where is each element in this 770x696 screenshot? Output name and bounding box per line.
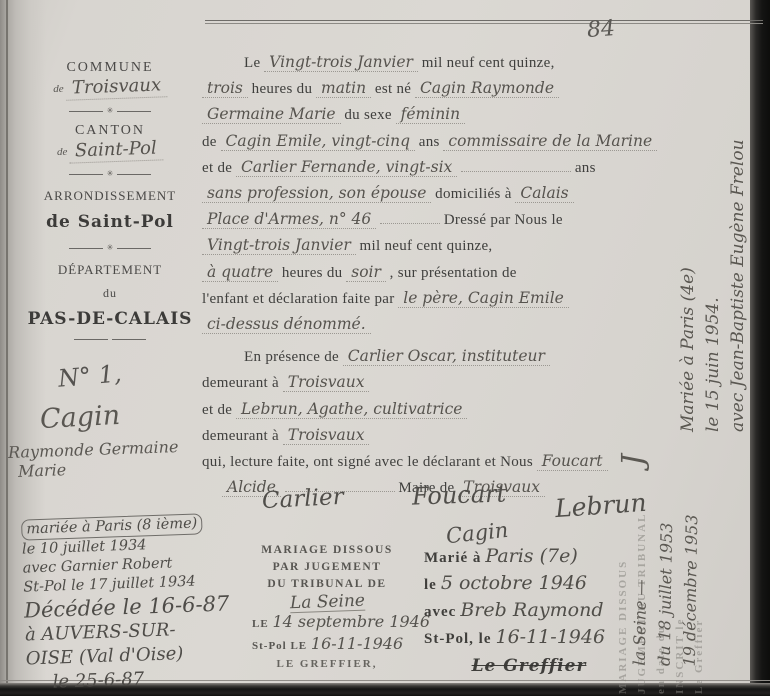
divider-ornament-icon: ✳ xyxy=(107,244,114,252)
printed-text: et de xyxy=(202,402,232,418)
stamp-city-handwritten: Paris (7e) xyxy=(485,545,577,567)
stamp-greffier-label: LE GREFFIER, xyxy=(252,658,402,670)
printed-text: et de xyxy=(202,160,232,176)
divider-ornament: ✳ xyxy=(22,107,198,115)
act-number: N° 1, xyxy=(57,359,123,392)
divider-ornament-icon: ✳ xyxy=(107,170,114,178)
handwritten-entry: Cagin Emile, vingt-cinq xyxy=(221,132,415,151)
handwritten-entry: Troisvaux xyxy=(283,426,370,445)
printed-text: ans xyxy=(575,160,596,176)
printed-text: En présence de xyxy=(244,349,339,365)
stamp-tribunal-handwritten: La Seine xyxy=(289,592,365,614)
printed-text: Le xyxy=(244,55,260,71)
printed-text: heures du xyxy=(282,265,343,281)
stamp-marriage-1946: Marié à Paris (7e) le 5 octobre 1946 ave… xyxy=(424,544,634,676)
note-line: du 18 juillet 1953 xyxy=(652,514,680,666)
note-line: Mariée à Paris (4e) xyxy=(676,52,701,432)
divider-ornament: ✳ xyxy=(22,244,198,252)
handwritten-entry: ci-dessus dénommé. xyxy=(202,315,371,334)
handwritten-entry: commissaire de la Marine xyxy=(443,132,657,151)
printed-text: ans xyxy=(419,134,440,150)
handwritten-entry: Cagin Raymonde xyxy=(415,79,559,98)
note-line: la Seine — xyxy=(627,513,655,665)
stamp-greffier-label: Le Greffier xyxy=(424,656,634,676)
handwritten-entry: Calais xyxy=(515,184,573,203)
handwritten-entry: féminin xyxy=(396,105,466,124)
note-line: 19 décembre 1953 xyxy=(677,514,705,666)
stamp-le-label: LE xyxy=(252,618,269,630)
act-name-surname: Cagin xyxy=(39,400,121,435)
printed-text: qui, lecture faite, ont signé avec le dé… xyxy=(202,454,533,470)
dotted-leader-line xyxy=(461,160,571,172)
stamp-record-date: 16-11-1946 xyxy=(496,626,606,648)
stamp-line: MARIAGE DISSOUS xyxy=(252,542,402,559)
folio-number: 84 xyxy=(586,16,616,43)
note-line: le 15 juin 1954. xyxy=(701,52,726,432)
canton-label: CANTON xyxy=(22,123,198,139)
printed-text: du sexe xyxy=(344,107,392,123)
stamp-marriage-dissolved-1953: MARIAGE DISSOUS JUGEMENT DU TRIBUNAL en … xyxy=(614,438,726,694)
divider-flourish xyxy=(22,339,198,340)
handwritten-entry: Troisvaux xyxy=(283,373,370,392)
birth-certificate-page: 84 COMMUNE deTroisvaux ✳ CANTON deSaint-… xyxy=(0,0,770,696)
stamp-place-label: St-Pol, le xyxy=(424,631,492,647)
handwritten-entry: le père, Cagin Emile xyxy=(398,289,569,308)
stamp-date-handwritten: 5 octobre 1946 xyxy=(441,572,587,594)
handwritten-entry: Foucart xyxy=(537,452,608,471)
printed-text: mil neuf cent quinze, xyxy=(360,238,493,254)
note-line: avec Jean-Baptiste Eugène Frelou xyxy=(726,52,751,432)
handwritten-entry: sans profession, son épouse xyxy=(202,184,431,203)
printed-text: Dressé par Nous le xyxy=(444,212,563,228)
divider-ornament-icon: ✳ xyxy=(107,107,114,115)
commune-value-line: deTroisvaux xyxy=(22,76,198,99)
greffier-paraph: J xyxy=(616,454,651,466)
printed-text: demeurant à xyxy=(202,375,279,391)
handwritten-entry: soir xyxy=(346,263,386,282)
margin-note-marriage-1934: mariée à Paris (8 ième) le 10 juillet 19… xyxy=(21,512,232,695)
printed-text: demeurant à xyxy=(202,428,279,444)
printed-text: est né xyxy=(375,81,411,97)
stamp-handwritten-overlay: la Seine — du 18 juillet 1953 19 décembr… xyxy=(627,513,705,666)
dotted-leader-line xyxy=(380,212,440,224)
printed-text: , sur présentation de xyxy=(390,265,517,281)
stamp-le-label: le xyxy=(424,577,437,593)
act-name-given2: Marie xyxy=(18,460,67,481)
departement-label: DÉPARTEMENT xyxy=(22,262,198,278)
handwritten-entry: Lebrun, Agathe, cultivatrice xyxy=(236,400,467,419)
commune-de-label: de xyxy=(53,83,63,95)
handwritten-entry: Place d'Armes, n° 46 xyxy=(202,210,376,229)
departement-value: PAS-DE-CALAIS xyxy=(22,309,198,329)
printed-text: de xyxy=(202,134,217,150)
stamp-avec-label: avec xyxy=(424,604,456,620)
stamp-line: PAR JUGEMENT xyxy=(252,559,402,576)
stamp-marriage-dissolved-1946: MARIAGE DISSOUS PAR JUGEMENT DU TRIBUNAL… xyxy=(252,542,402,670)
handwritten-entry: Vingt-trois Janvier xyxy=(202,236,356,255)
handwritten-entry: Carlier Fernande, vingt-six xyxy=(236,158,457,177)
divider-ornament: ✳ xyxy=(22,170,198,178)
handwritten-entry: Germaine Marie xyxy=(202,105,341,124)
handwritten-entry: à quatre xyxy=(202,263,278,282)
commune-value: Troisvaux xyxy=(65,74,167,101)
left-margin-column: COMMUNE deTroisvaux ✳ CANTON deSaint-Pol… xyxy=(22,60,198,340)
canton-value: Saint-Pol xyxy=(69,137,163,163)
printed-text: domiciliés à xyxy=(435,186,512,202)
arrondissement-label: ARRONDISSEMENT xyxy=(22,188,198,204)
signature-carlier: Carlier xyxy=(261,484,344,514)
handwritten-entry: Carlier Oscar, instituteur xyxy=(343,347,550,366)
handwritten-entry: trois xyxy=(202,79,248,98)
canton-value-line: deSaint-Pol xyxy=(22,139,198,162)
canton-de-label: de xyxy=(57,146,67,158)
book-spine-line xyxy=(6,0,8,696)
handwritten-entry: Vingt-trois Janvier xyxy=(264,53,418,72)
stamp-married-label: Marié à xyxy=(424,550,481,566)
stamp-record-date: 16-11-1946 xyxy=(311,634,403,653)
printed-text: mil neuf cent quinze, xyxy=(422,55,555,71)
commune-label: COMMUNE xyxy=(22,60,198,76)
printed-text: heures du xyxy=(252,81,313,97)
signature-foucart: Foucart xyxy=(412,479,507,510)
printed-text: l'enfant et déclaration faite par xyxy=(202,291,395,307)
stamp-line: DU TRIBUNAL DE xyxy=(252,576,402,593)
stamp-spouse-handwritten: Breb Raymond xyxy=(460,599,603,621)
stamp-place-label: St-Pol LE xyxy=(252,640,307,652)
arrondissement-value: de Saint-Pol xyxy=(22,212,198,232)
margin-note-marriage-1954: Mariée à Paris (4e) le 15 juin 1954. ave… xyxy=(676,52,751,432)
stamp-judgment-date: 14 septembre 1946 xyxy=(272,612,430,631)
handwritten-entry: matin xyxy=(316,79,371,98)
top-divider-rule: 84 xyxy=(205,20,763,24)
departement-du-label: du xyxy=(22,286,198,301)
